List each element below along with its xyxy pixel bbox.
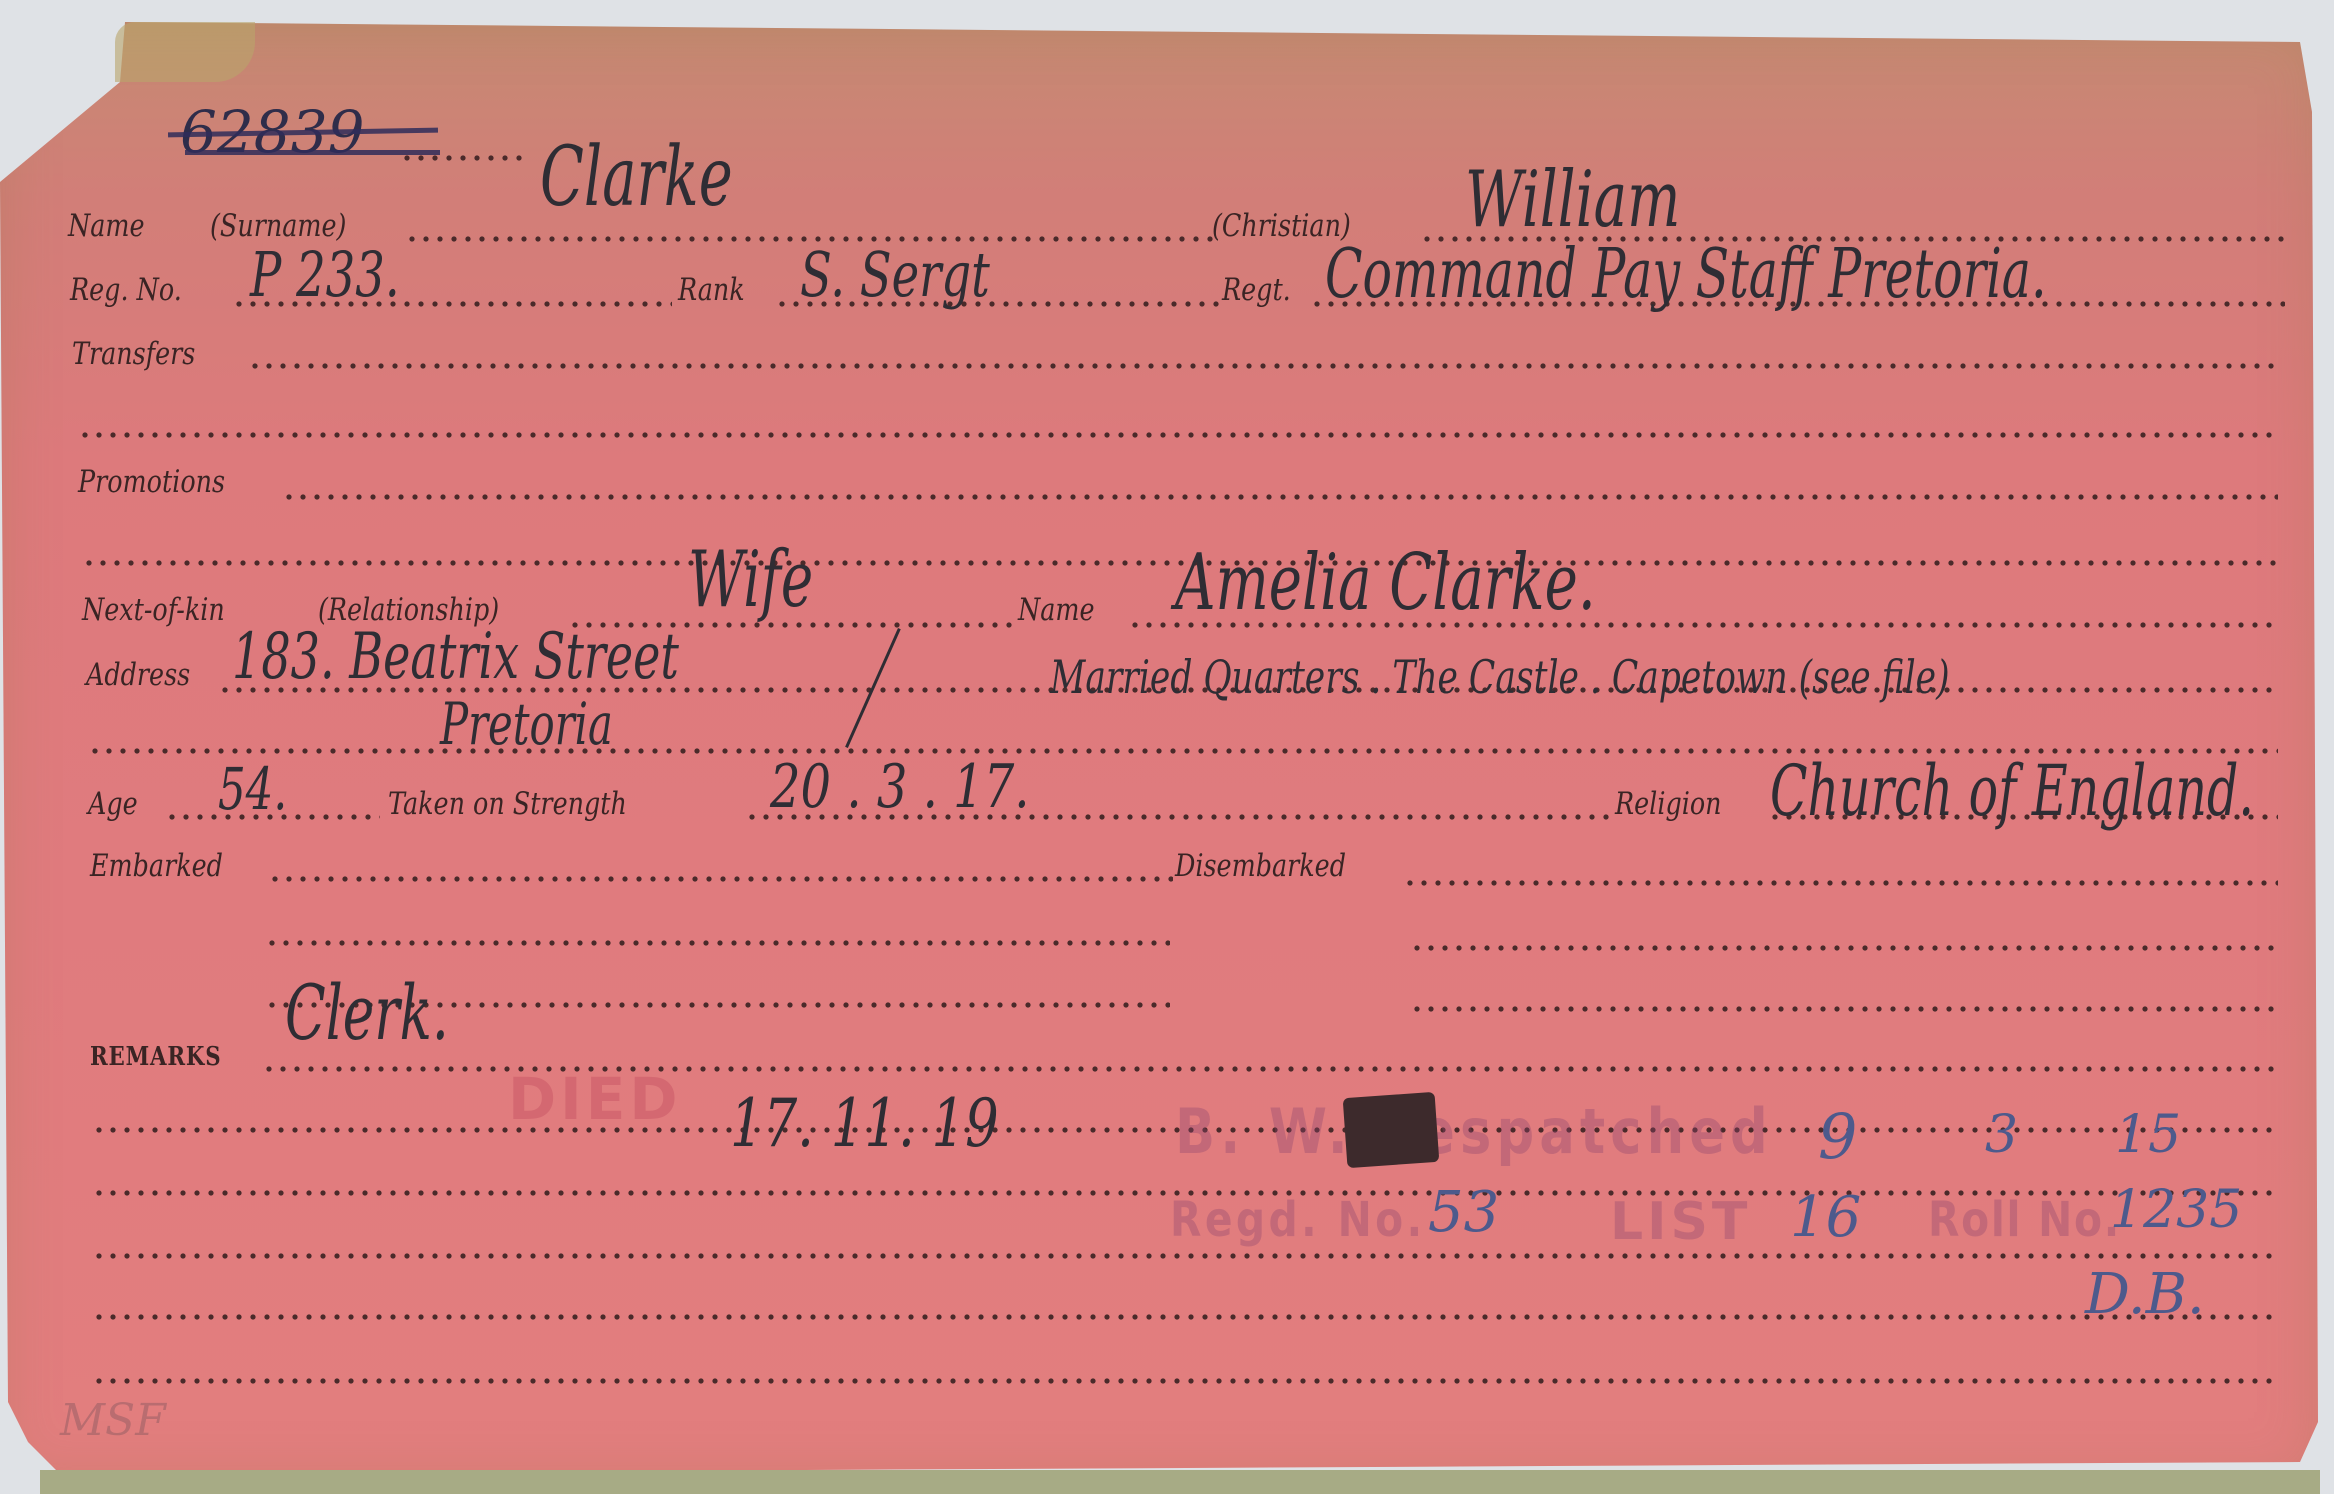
remarks-dotted-line-4: [92, 1253, 2278, 1259]
roll-no-stamp-label: Roll No.: [1928, 1192, 2121, 1248]
died-date: 17. 11. 19: [730, 1085, 999, 1162]
taken-on-strength-value: 20 . 3 . 17.: [770, 752, 1030, 822]
transfers-label: Transfers: [72, 336, 195, 372]
disembarked-dotted-line-2: [1410, 945, 2278, 951]
reg-no-value: P 233.: [250, 238, 400, 311]
remarks-dotted-line-5: [92, 1314, 2278, 1320]
remarks-dotted-line-6: [92, 1378, 2278, 1384]
regd-no-value: 53: [1428, 1180, 1499, 1245]
disembarked-dotted-line: [1403, 880, 2278, 886]
list-stamp-label: LIST: [1610, 1192, 1751, 1252]
age-value: 54.: [218, 755, 287, 823]
taken-on-strength-label: Taken on Strength: [388, 786, 627, 822]
address-label: Address: [86, 657, 190, 693]
regt-value: Command Pay Staff Pretoria.: [1325, 235, 2047, 314]
torn-corner: [115, 22, 255, 82]
regt-label: Regt.: [1222, 272, 1291, 308]
religion-value: Church of England.: [1770, 750, 2254, 832]
card-shadow: [40, 1470, 2320, 1494]
despatch-month: 3: [1985, 1105, 2018, 1165]
disembarked-label: Disembarked: [1175, 848, 1346, 884]
christian-value: William: [1465, 155, 1680, 245]
promotions-label: Promotions: [78, 464, 225, 500]
initials: D.B.: [2085, 1262, 2205, 1327]
list-value: 16: [1790, 1185, 1861, 1250]
name-label: Name: [68, 208, 145, 244]
nok-name-label: Name: [1018, 592, 1095, 628]
surname-value: Clarke: [540, 130, 733, 225]
despatched-stamp: B. W. despatched: [1175, 1095, 1773, 1168]
transfers-dotted-line-2: [78, 432, 2278, 438]
number-dotted-line: [400, 155, 525, 161]
despatch-day: 9: [1818, 1100, 1857, 1173]
relationship-value: Wife: [688, 535, 813, 625]
rank-value: S. Sergt: [800, 238, 990, 311]
embarked-dotted-line: [268, 876, 1173, 882]
age-label: Age: [88, 786, 138, 822]
remarks-label: REMARKS: [90, 1042, 221, 1072]
next-of-kin-label: Next-of-kin: [82, 592, 225, 628]
religion-label: Religion: [1615, 786, 1722, 822]
disembarked-dotted-line-3: [1410, 1006, 2278, 1012]
promotions-dotted-line: [282, 494, 2278, 500]
reg-no-label: Reg. No.: [70, 272, 182, 308]
embarked-dotted-line-2: [265, 940, 1170, 946]
died-stamp: DIED: [508, 1065, 682, 1133]
roll-no-value: 1235: [2110, 1180, 2242, 1240]
address-new-value: Married Quarters . The Castle . Capetown…: [1050, 650, 1950, 704]
transfers-dotted-line: [248, 363, 2278, 369]
margin-pencil-note: MSF: [60, 1395, 166, 1446]
rank-label: Rank: [678, 272, 745, 308]
address-line-1: 183. Beatrix Street: [232, 620, 679, 694]
ink-blot: [1343, 1092, 1440, 1168]
nok-name-value: Amelia Clarke.: [1175, 538, 1596, 628]
regd-no-stamp-label: Regd. No.: [1170, 1192, 1425, 1248]
embarked-label: Embarked: [90, 848, 223, 884]
despatch-year: 15: [2115, 1105, 2181, 1165]
remarks-value: Clerk.: [285, 968, 449, 1057]
